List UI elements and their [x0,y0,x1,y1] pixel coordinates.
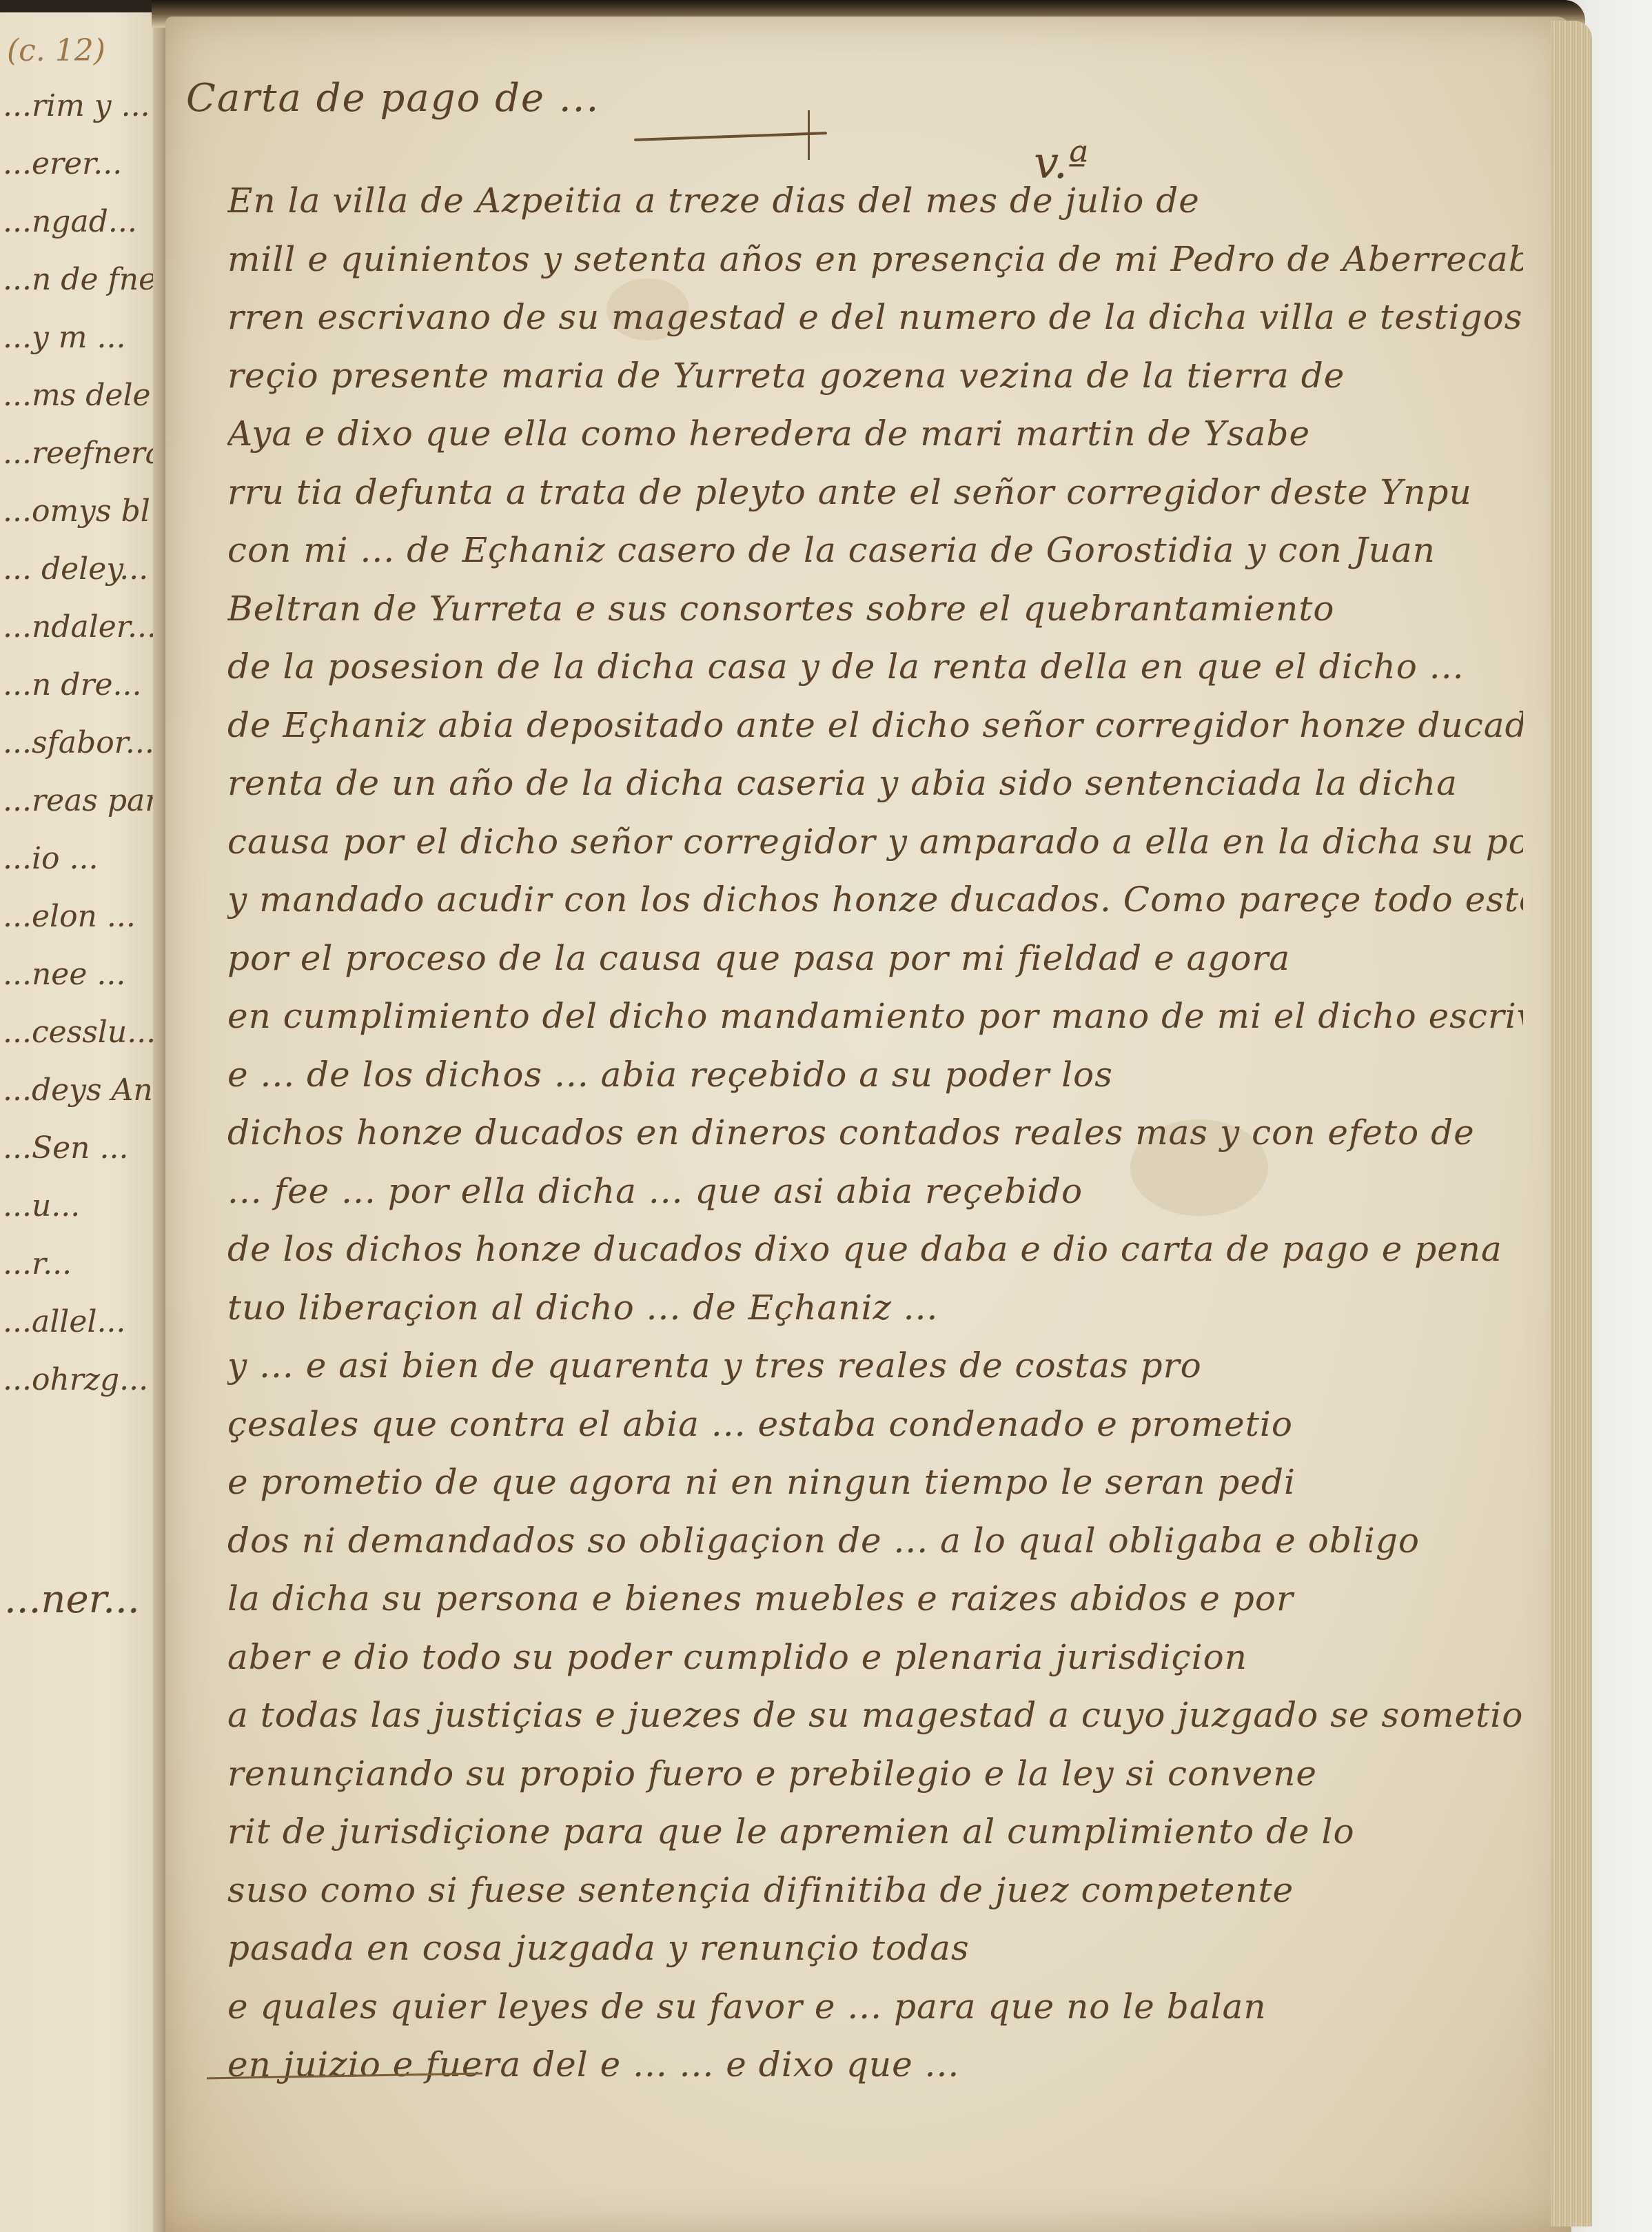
manuscript-line: causa por el dicho señor corregidor y am… [227,822,1523,862]
manuscript-line: la dicha su persona e bienes muebles e r… [227,1579,1523,1619]
manuscript-line: ... fee ... por ella dicha ... que asi a… [227,1171,1523,1211]
manuscript-line: çesales que contra el abia ... estaba co… [227,1404,1523,1444]
manuscript-line: pasada en cosa juzgada y renunçio todas [227,1928,1523,1968]
manuscript-line: reçio presente maria de Yurreta gozena v… [227,356,1523,396]
manuscript-line: Beltran de Yurreta e sus consortes sobre… [227,589,1523,629]
manuscript-line: a todas las justiçias e juezes de su mag… [227,1695,1523,1735]
manuscript-line: Aya e dixo que ella como heredera de mar… [227,414,1523,454]
manuscript-line: mill e quinientos y setenta años en pres… [227,239,1523,279]
manuscript-line: de los dichos honze ducados dixo que dab… [227,1229,1523,1269]
manuscript-line: e ... de los dichos ... abia reçebido a … [227,1055,1523,1095]
manuscript-line: En la villa de Azpeitia a treze dias del… [227,181,1523,221]
manuscript-line: renunçiando su propio fuero e prebilegio… [227,1754,1523,1794]
manuscript-line: dos ni demandados so obligaçion de ... a… [227,1521,1523,1561]
manuscript-body: En la villa de Azpeitia a treze dias del… [0,0,1652,2232]
manuscript-line: tuo liberaçion al dicho ... de Eçhaniz .… [227,1288,1523,1328]
manuscript-line: con mi ... de Eçhaniz casero de la caser… [227,530,1523,570]
manuscript-line: en juizio e fuera del e ... ... e dixo q… [227,2045,1523,2084]
manuscript-line: por el proceso de la causa que pasa por … [227,938,1523,978]
manuscript-line: e quales quier leyes de su favor e ... p… [227,1987,1523,2027]
manuscript-line: rit de jurisdiçione para que le apremien… [227,1812,1523,1851]
manuscript-line: suso como si fuese sentençia difinitiba … [227,1870,1523,1910]
manuscript-line: rren escrivano de su magestad e del nume… [227,297,1523,337]
manuscript-line: en cumplimiento del dicho mandamiento po… [227,996,1523,1036]
manuscript-line: aber e dio todo su poder cumplido e plen… [227,1637,1523,1677]
manuscript-line: y mandado acudir con los dichos honze du… [227,880,1523,920]
manuscript-line: de la posesion de la dicha casa y de la … [227,647,1523,687]
manuscript-line: y ... e asi bien de quarenta y tres real… [227,1346,1523,1386]
manuscript-line: e prometio de que agora ni en ningun tie… [227,1462,1523,1502]
manuscript-line: rru tia defunta a trata de pleyto ante e… [227,472,1523,512]
manuscript-line: de Eçhaniz abia depositado ante el dicho… [227,705,1523,745]
manuscript-line: renta de un año de la dicha caseria y ab… [227,763,1523,803]
manuscript-line: dichos honze ducados en dineros contados… [227,1113,1523,1153]
